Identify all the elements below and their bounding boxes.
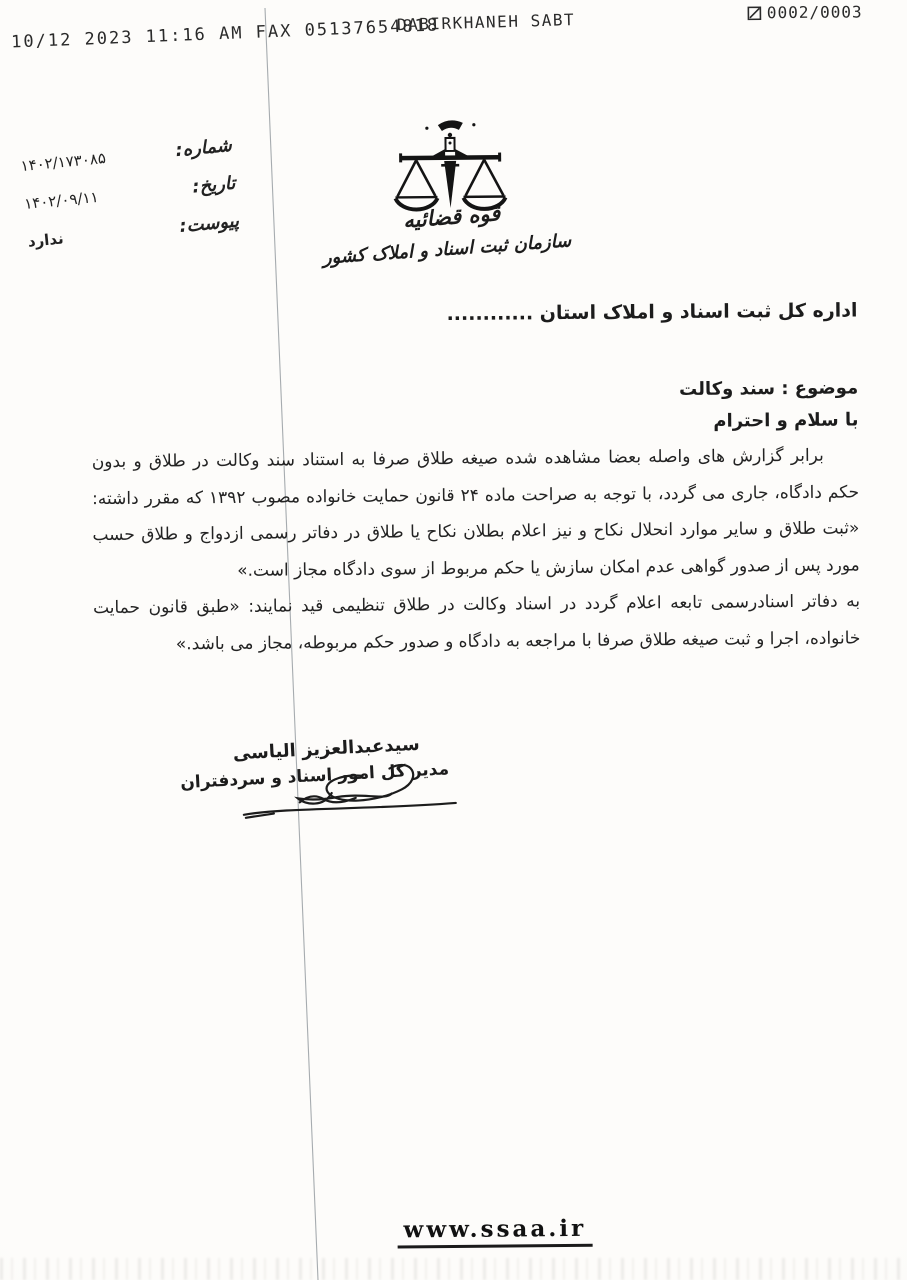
signature-block: سیدعبدالعزیز الیاسی مدیر کل امور اسناد و…: [225, 732, 449, 791]
body-paragraph-1: برابر گزارش های واصله بعضا مشاهده شده صی…: [92, 437, 860, 590]
attachment-value: ندارد: [27, 229, 64, 250]
date-label: تاریخ:: [191, 173, 236, 198]
date-value: ۱۴۰۲/۰۹/۱۱: [23, 188, 99, 213]
number-value: ۱۴۰۲/۱۷۳۰۸۵: [20, 149, 107, 175]
meta-attachment-row: پیوست: ندارد: [27, 211, 240, 252]
fax-timestamp: 10/12 2023 11:16 AM FAX 05137654818: [11, 15, 440, 52]
salutation-line: با سلام و احترام: [713, 409, 858, 431]
fax-page-icon: [747, 5, 763, 21]
fax-document-page: 10/12 2023 11:16 AM FAX 05137654818 DABI…: [0, 0, 907, 1280]
meta-number-row: شماره: ۱۴۰۲/۱۷۳۰۸۵: [20, 135, 233, 176]
signer-title: مدیر کل امور اسناد و سردفتران: [227, 759, 450, 791]
meta-date-row: تاریخ: ۱۴۰۲/۰۹/۱۱: [23, 173, 236, 214]
organization-title: سازمان ثبت اسناد و املاک کشور: [319, 230, 576, 269]
number-label: شماره:: [175, 135, 233, 161]
body-paragraph-2: به دفاتر اسنادرسمی تابعه اعلام گردد در ا…: [93, 583, 861, 663]
letter-meta-block: شماره: ۱۴۰۲/۱۷۳۰۸۵ تاریخ: ۱۴۰۲/۰۹/۱۱ پیو…: [20, 135, 242, 269]
letter-body: برابر گزارش های واصله بعضا مشاهده شده صی…: [92, 437, 861, 663]
fax-page-counter-value: 0002/0003: [767, 2, 863, 22]
fax-sender-label: DABIRKHANEH SABT: [397, 10, 576, 34]
website-url: www.ssaa.ir: [397, 1215, 592, 1249]
subject-line: موضوع : سند وکالت: [679, 377, 858, 400]
fax-page-counter: 0002/0003: [747, 2, 863, 22]
attachment-label: پیوست:: [178, 211, 239, 238]
fax-noise-band: [0, 1258, 907, 1280]
recipient-line: اداره کل ثبت اسناد و املاک استان .......…: [446, 299, 857, 325]
